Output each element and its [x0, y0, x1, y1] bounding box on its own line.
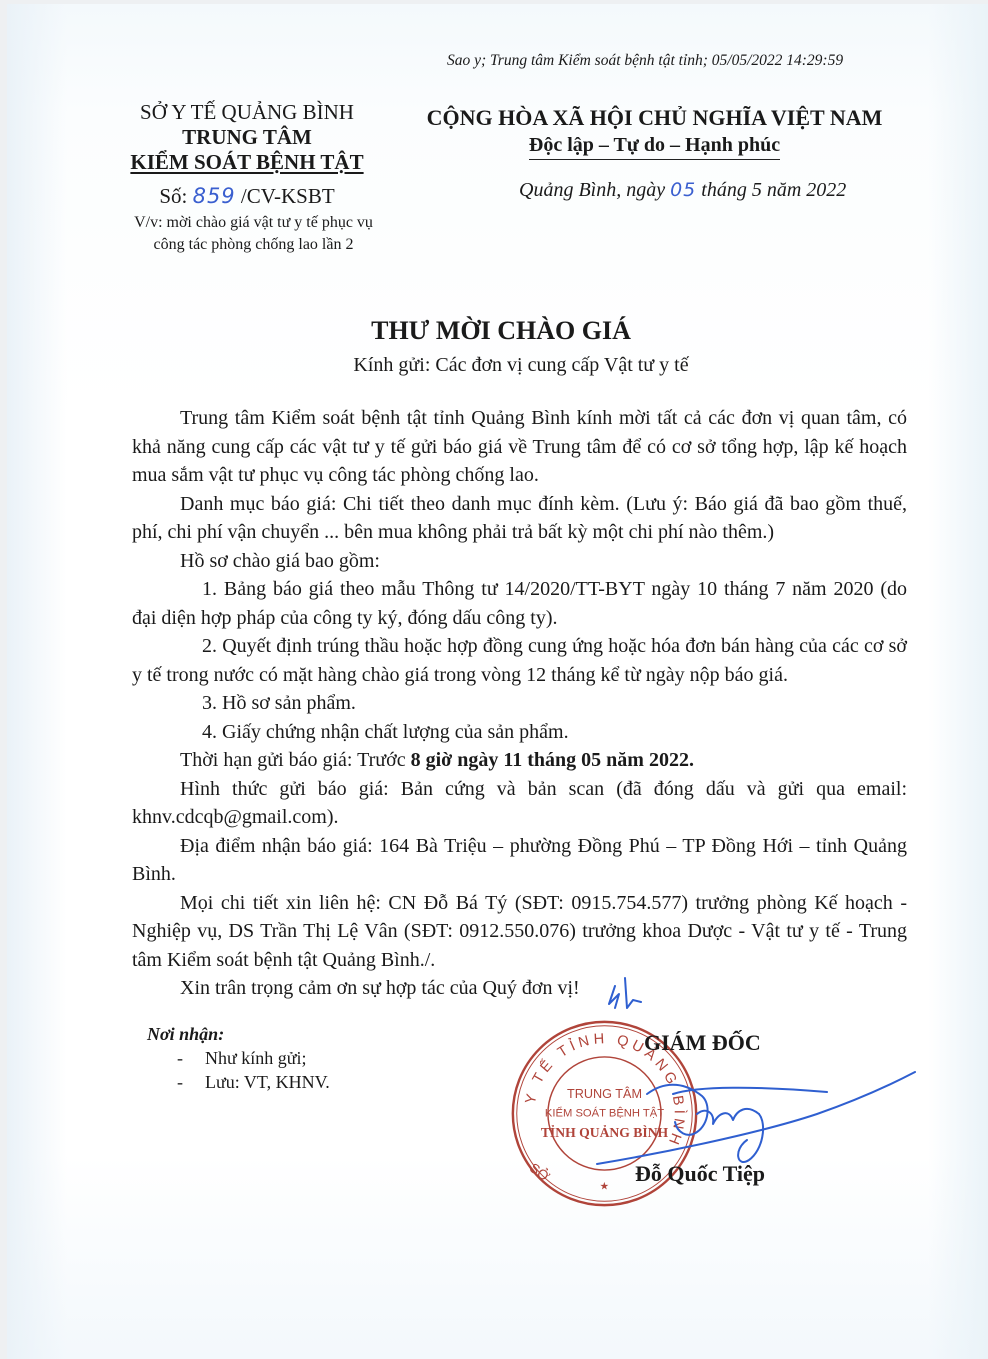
svg-text:KIỂM SOÁT BỆNH TẬT: KIỂM SOÁT BỆNH TẬT	[545, 1106, 664, 1119]
svg-text:★: ★	[600, 1181, 610, 1193]
svg-text:TRUNG TÂM: TRUNG TÂM	[567, 1086, 642, 1101]
document-number: Số: 859 /CV-KSBT	[112, 184, 382, 209]
catalog-paragraph: Danh mục báo giá: Chi tiết theo danh mục…	[132, 490, 907, 547]
signer-name: Đỗ Quốc Tiệp	[635, 1161, 765, 1187]
number-label: Số:	[159, 184, 187, 208]
org-name-line1: TRUNG TÂM	[112, 125, 382, 150]
location-paragraph: Địa điểm nhận báo giá: 164 Bà Triệu – ph…	[132, 832, 907, 889]
dossier-heading: Hồ sơ chào giá bao gồm:	[132, 547, 907, 576]
svg-text:TỈNH QUẢNG BÌNH: TỈNH QUẢNG BÌNH	[541, 1124, 669, 1140]
dossier-item: 2. Quyết định trúng thầu hoặc hợp đồng c…	[132, 632, 907, 689]
national-header: CỘNG HÒA XÃ HỘI CHỦ NGHĨA VIỆT NAM Độc l…	[417, 104, 892, 160]
thanks-paragraph: Xin trân trọng cảm ơn sự hợp tác của Quý…	[132, 974, 907, 1003]
deadline-paragraph: Thời hạn gửi báo giá: Trước 8 giờ ngày 1…	[132, 746, 907, 775]
handwritten-day: 05	[670, 179, 696, 201]
national-motto: Độc lập – Tự do – Hạnh phúc	[529, 132, 780, 160]
document-page: Sao y; Trung tâm Kiểm soát bệnh tật tỉnh…	[7, 4, 988, 1359]
document-body: Trung tâm Kiểm soát bệnh tật tỉnh Quảng …	[132, 404, 907, 1003]
recipients-title: Nơi nhận:	[147, 1022, 330, 1046]
issuing-agency-header: SỞ Y TẾ QUẢNG BÌNH TRUNG TÂM KIỂM SOÁT B…	[112, 100, 382, 175]
subject-line: V/v: mời chào giá vật tư y tế phục vụ cô…	[112, 212, 395, 256]
country-name: CỘNG HÒA XÃ HỘI CHỦ NGHĨA VIỆT NAM	[417, 104, 892, 132]
submission-paragraph: Hình thức gửi báo giá: Bản cứng và bản s…	[132, 775, 907, 832]
contact-paragraph: Mọi chi tiết xin liên hệ: CN Đỗ Bá Tý (S…	[132, 889, 907, 975]
intro-paragraph: Trung tâm Kiểm soát bệnh tật tỉnh Quảng …	[132, 404, 907, 490]
signer-position: GIÁM ĐỐC	[644, 1030, 761, 1056]
place-date: Quảng Bình, ngày 05 tháng 5 năm 2022	[519, 179, 846, 202]
deadline-label: Thời hạn gửi báo giá: Trước	[180, 749, 411, 771]
subject-line-2: công tác phòng chống lao lần 2	[112, 234, 395, 256]
dossier-item: 4. Giấy chứng nhận chất lượng của sản ph…	[132, 718, 907, 747]
place-date-prefix: Quảng Bình, ngày	[519, 179, 665, 201]
recipient-item-text: Như kính gửi;	[205, 1048, 307, 1068]
recipient-item: -Lưu: VT, KHNV.	[147, 1070, 330, 1094]
number-suffix: /CV-KSBT	[241, 184, 335, 208]
recipients-block: Nơi nhận: -Như kính gửi; -Lưu: VT, KHNV.	[147, 1022, 330, 1094]
recipient-line: Kính gửi: Các đơn vị cung cấp Vật tư y t…	[7, 354, 988, 377]
agency-name: SỞ Y TẾ QUẢNG BÌNH	[112, 100, 382, 125]
recipient-item: -Như kính gửi;	[147, 1046, 330, 1070]
handwritten-number: 859	[193, 184, 236, 208]
copy-stamp: Sao y; Trung tâm Kiểm soát bệnh tật tỉnh…	[447, 52, 843, 70]
document-title: THƯ MỜI CHÀO GIÁ	[7, 316, 988, 346]
subject-line-1: V/v: mời chào giá vật tư y tế phục vụ	[112, 212, 395, 234]
recipient-item-text: Lưu: VT, KHNV.	[205, 1072, 330, 1092]
dossier-item: 3. Hồ sơ sản phẩm.	[132, 689, 907, 718]
org-name-line2: KIỂM SOÁT BỆNH TẬT	[112, 150, 382, 175]
deadline-value: 8 giờ ngày 11 tháng 05 năm 2022.	[411, 749, 694, 771]
place-date-suffix: tháng 5 năm 2022	[701, 179, 846, 201]
dossier-item: 1. Bảng báo giá theo mẫu Thông tư 14/202…	[132, 575, 907, 632]
